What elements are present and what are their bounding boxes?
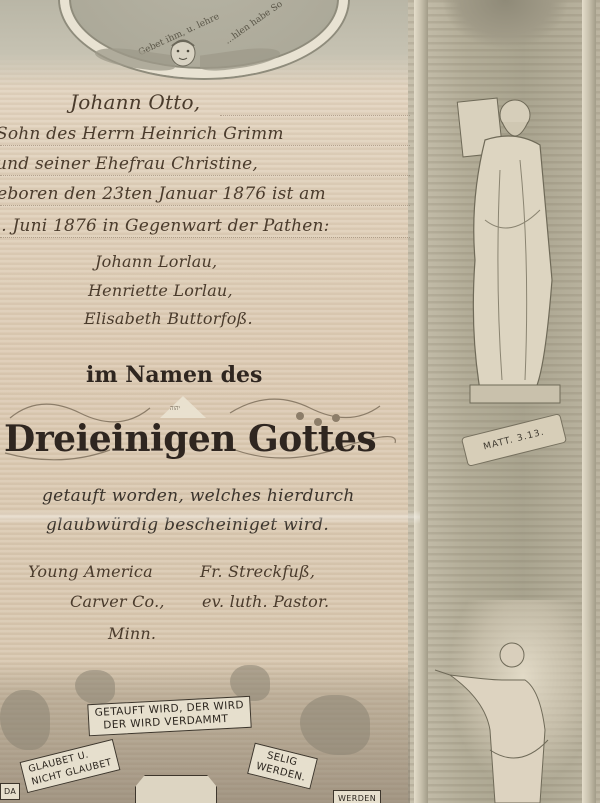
ruled-line	[0, 175, 410, 176]
sponsor-1: Johann Lorlau,	[95, 252, 217, 271]
ruled-line	[220, 115, 410, 116]
banner-center: GETAUFT WIRD, DER WIRD DER WIRD VERDAMMT	[87, 696, 252, 737]
scripture-reference-plaque: MATT. 3.13.	[461, 413, 567, 467]
banner-right: SELIG WERDEN.	[247, 743, 317, 790]
banner-fragment-left: DA	[0, 783, 20, 800]
column-pillar-left	[414, 0, 428, 803]
ruled-line	[0, 237, 410, 238]
place-line-2: Carver Co.,	[70, 592, 165, 611]
gothic-arch-ornament	[418, 0, 593, 90]
printed-formula-line3: getauft worden, welches hierdurch	[42, 486, 355, 506]
vine-leaf-icon	[0, 690, 50, 750]
birth-date-line: geboren den 23ten Januar 1876 ist am	[0, 184, 326, 204]
baptism-date-line: ... Juni 1876 in Gegenwart der Pathen:	[0, 216, 330, 236]
child-name: Johann Otto,	[70, 90, 200, 114]
photo-glare	[0, 510, 420, 524]
vine-leaf-icon	[300, 695, 370, 755]
pastor-name: Fr. Streckfuß,	[200, 562, 315, 581]
sponsor-3: Elisabeth Buttorfoß.	[84, 309, 253, 328]
right-decorative-column: MATT. 3.13.	[408, 0, 600, 803]
pastor-title: ev. luth. Pastor.	[202, 592, 329, 611]
printed-formula-line1: im Namen des	[86, 362, 262, 388]
moses-figure-icon	[440, 80, 570, 410]
vine-leaf-icon	[75, 670, 115, 704]
baptismal-font-icon	[135, 775, 217, 803]
printed-formula-line2: Dreieinigen Gottes	[4, 418, 376, 460]
place-line-1: Young America	[28, 562, 153, 581]
place-line-3: Minn.	[108, 624, 156, 643]
ruled-line	[0, 145, 410, 146]
parents-line-mother: und seiner Ehefrau Christine,	[0, 154, 258, 174]
ruled-line	[0, 205, 410, 206]
trinity-triangle-icon	[160, 396, 206, 418]
sponsor-2: Henriette Lorlau,	[88, 281, 233, 300]
tetragrammaton-label: יהוה	[170, 405, 180, 412]
parents-line-father: Sohn des Herrn Heinrich Grimm	[0, 124, 284, 144]
banner-fragment-right: WERDEN	[333, 790, 381, 803]
risen-christ-figure-icon	[430, 620, 590, 803]
